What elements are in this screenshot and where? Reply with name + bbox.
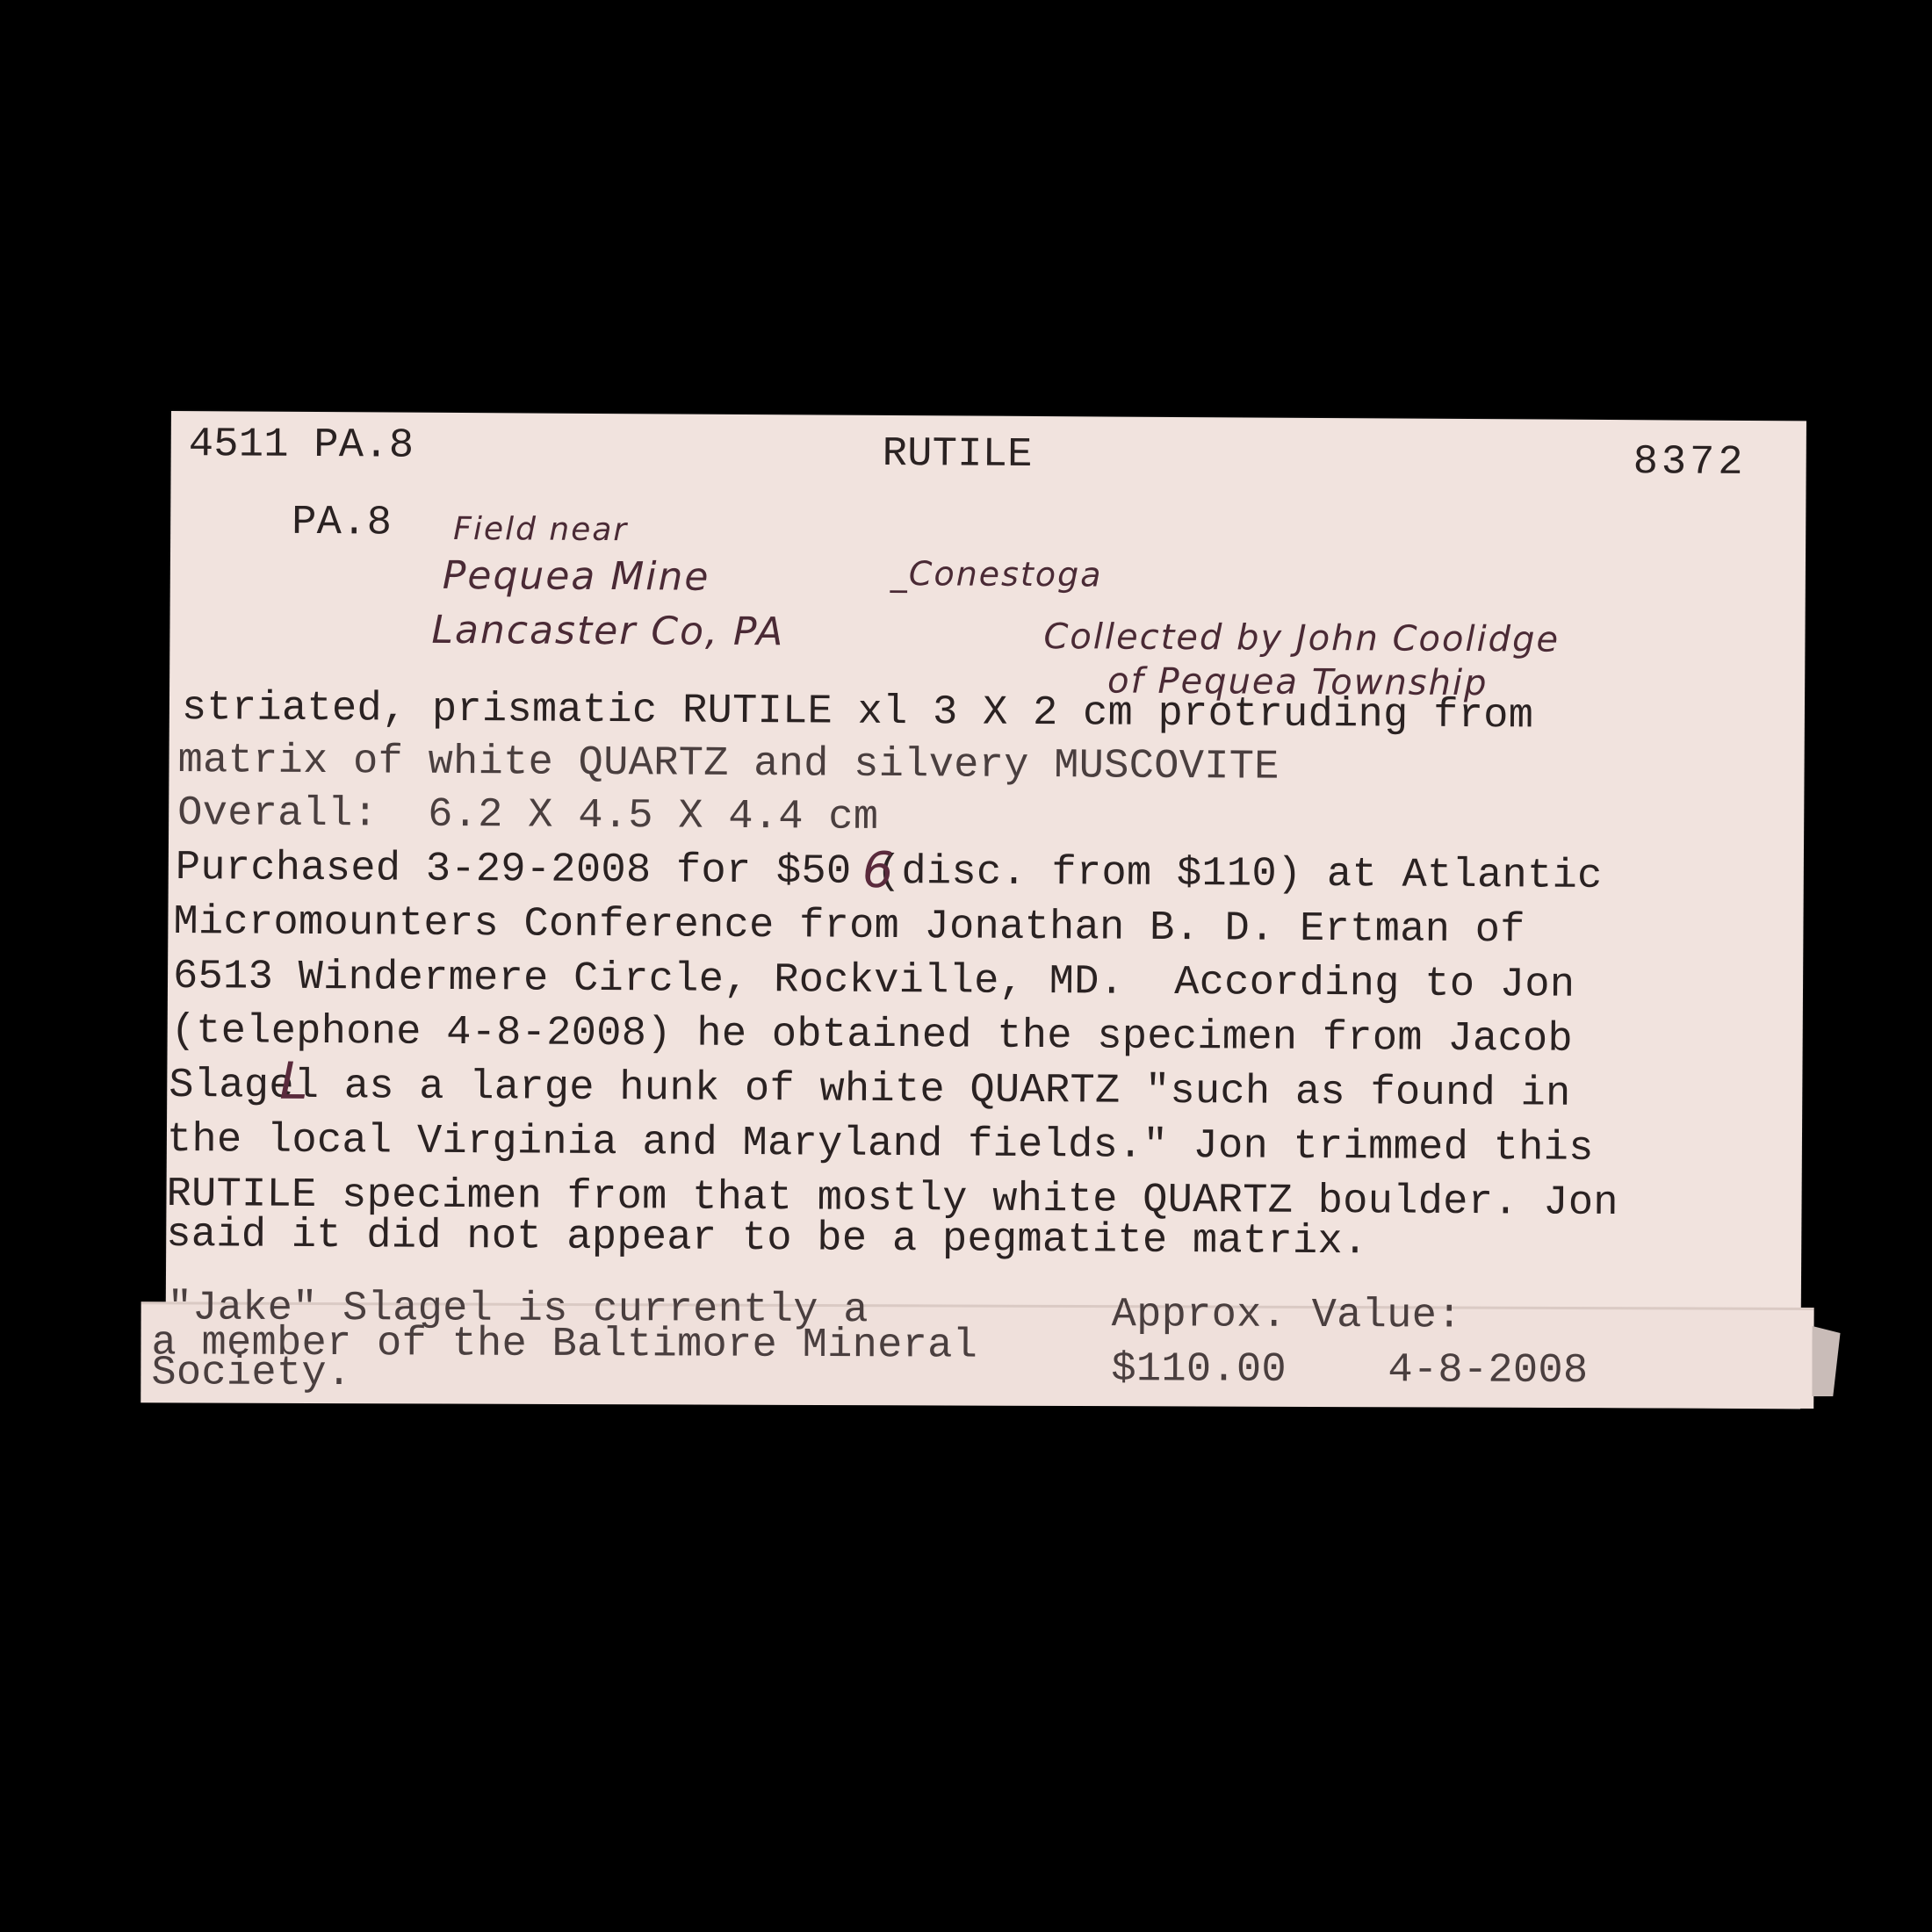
description-line: (telephone 4-8-2008) he obtained the spe… (171, 1008, 1574, 1063)
handwritten-conestoga: _Conestoga (890, 554, 1103, 594)
specimen-label-card: 4511 PA.8 RUTILE 8372 PA.8 Field near Pe… (165, 411, 1806, 1409)
description-line: 6513 Windermere Circle, Rockville, MD. A… (173, 954, 1575, 1009)
approx-value-amount: $110.00 (1111, 1346, 1287, 1394)
description-line: Micromounters Conference from Jonathan B… (173, 899, 1525, 954)
description-line: the local Virginia and Maryland fields."… (167, 1117, 1594, 1172)
handwritten-locality-line-3: Lancaster Co, PA (431, 608, 784, 654)
footer-note-line: Society. (151, 1350, 351, 1397)
description-block: striated, prismatic RUTILE xl 3 X 2 cm p… (171, 411, 1806, 421)
handwritten-price-correction: 6 (862, 842, 894, 899)
approx-value-label: Approx. Value: (1112, 1292, 1462, 1339)
handwritten-collector-line-1: Collected by John Coolidge (1043, 616, 1560, 660)
handwritten-locality-line-2: Pequea Mine (443, 553, 710, 600)
mineral-name: RUTILE (883, 431, 1033, 479)
tape-torn-edge (1812, 1326, 1840, 1396)
description-line: Overall: 6.2 X 4.5 X 4.4 cm (177, 790, 878, 841)
handwritten-name-correction: L (279, 1051, 308, 1111)
locality-code: PA.8 (292, 500, 392, 547)
description-line: said it did not appear to be a pegmatite… (166, 1212, 1368, 1265)
handwritten-locality-line-1: Field near (453, 511, 628, 548)
description-line: Slagel as a large hunk of white QUARTZ "… (169, 1063, 1571, 1118)
catalog-number: 4511 PA.8 (189, 422, 415, 470)
tape-strip: "Jake" Slagel is currently a a member of… (141, 1301, 1813, 1409)
specimen-number: 8372 (1633, 439, 1747, 487)
description-line: striated, prismatic RUTILE xl 3 X 2 cm p… (182, 685, 1534, 739)
description-line: matrix of white QUARTZ and silvery MUSCO… (177, 738, 1280, 791)
approx-value-date: 4-8-2008 (1388, 1347, 1588, 1395)
